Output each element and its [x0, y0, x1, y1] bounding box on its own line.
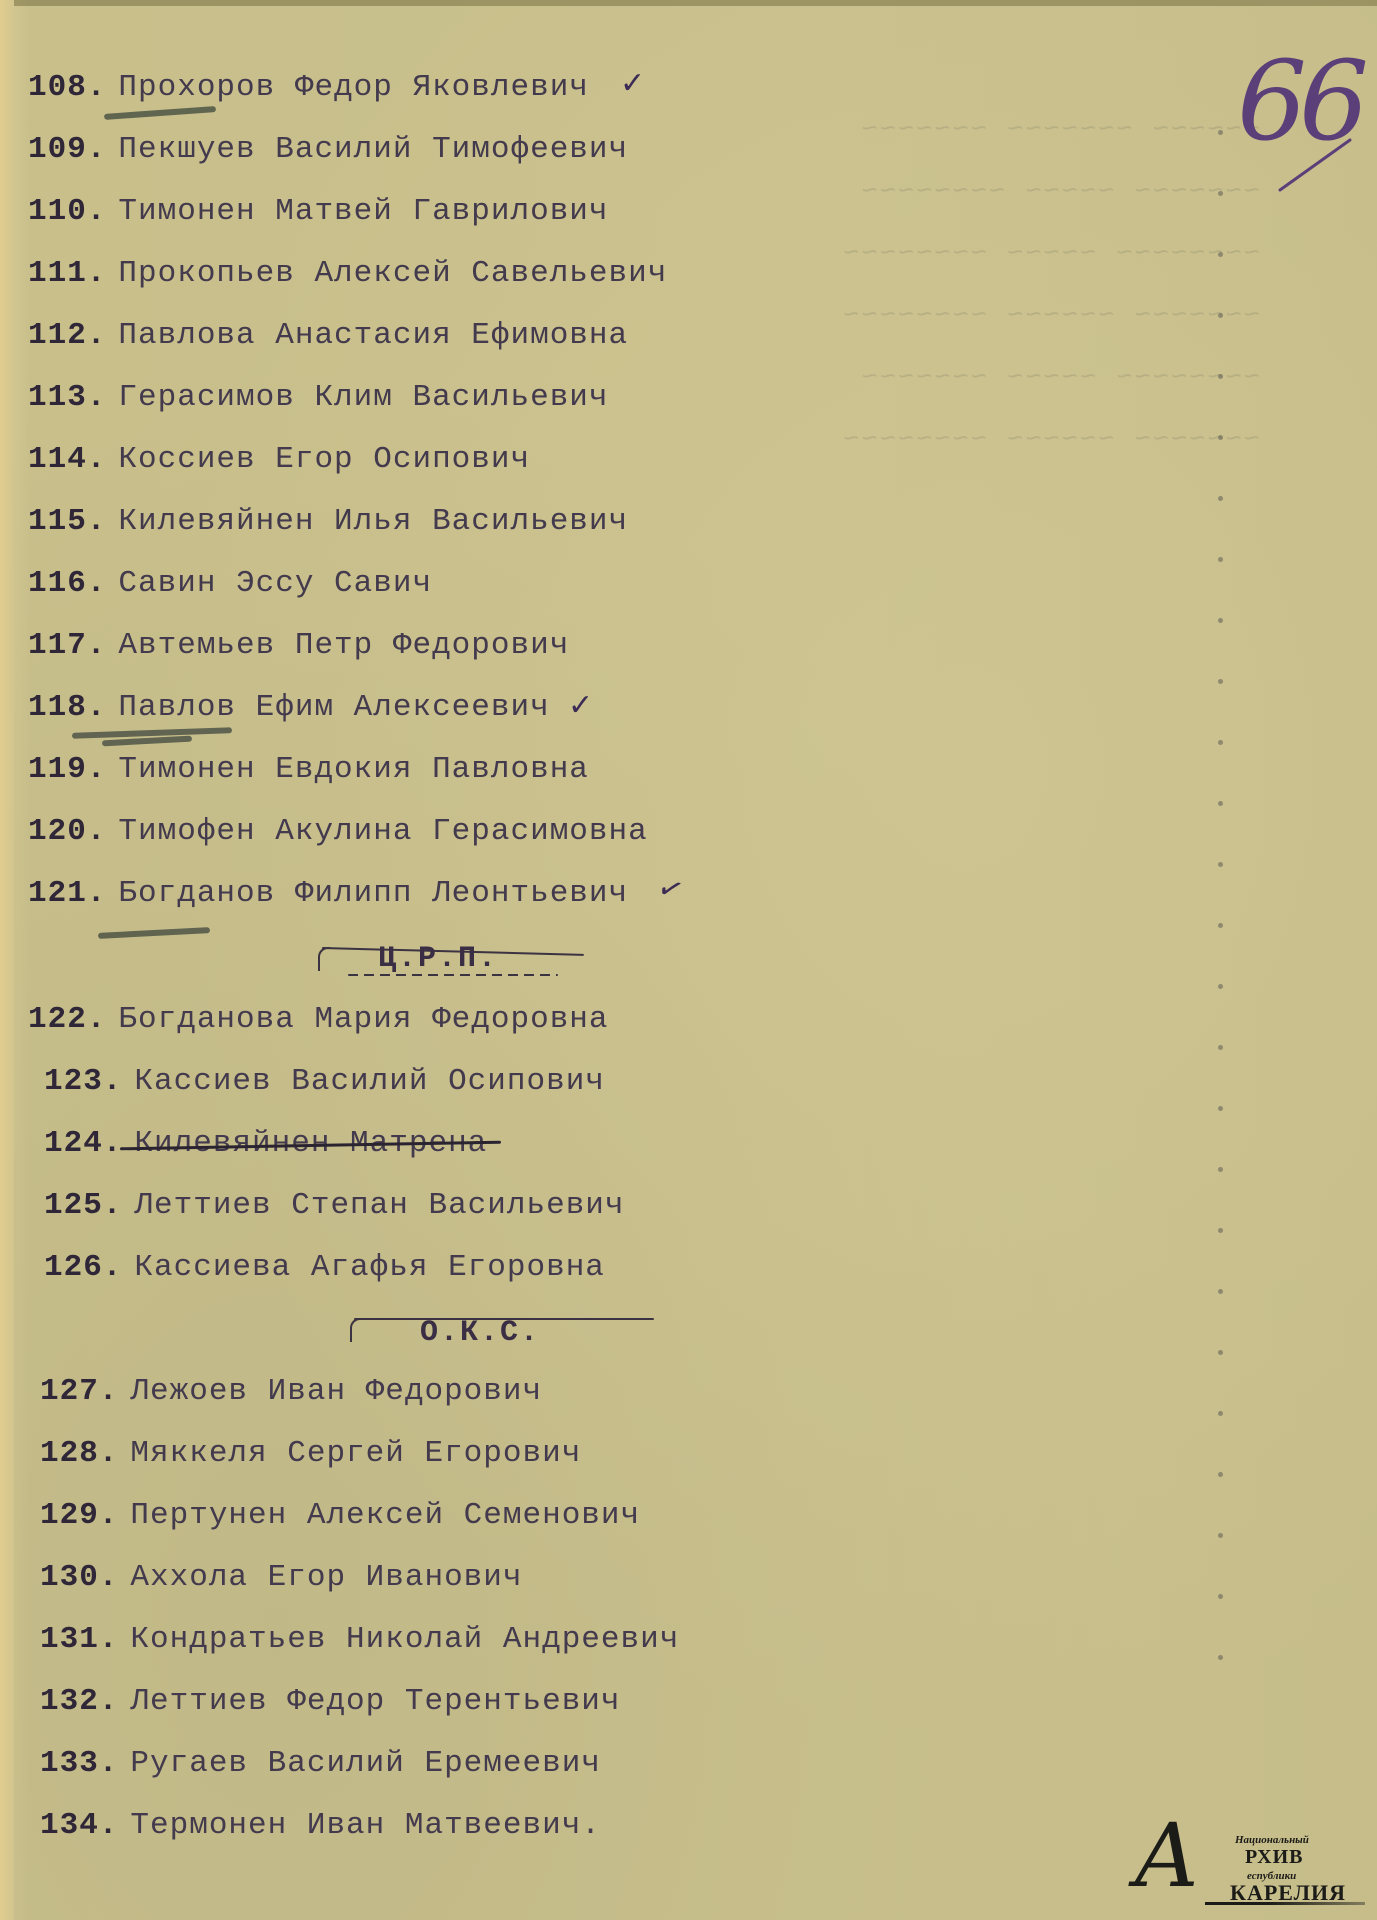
check-mark-icon: ✓ — [620, 66, 645, 101]
entry-name: Килевяйнен Матрена — [134, 1126, 487, 1161]
entry-number: 117. — [28, 628, 106, 663]
watermark-line1: Национальный — [1235, 1834, 1309, 1846]
list-item: 110.Тимонен Матвей Гаврилович — [28, 194, 609, 229]
reverse-side-dots — [1218, 130, 1228, 1716]
watermark-initial: A — [1135, 1812, 1199, 1900]
list-item: 129.Пертунен Алексей Семенович — [40, 1498, 640, 1533]
pencil-underline — [98, 927, 210, 939]
entry-number: 128. — [40, 1436, 118, 1471]
list-item: 117.Автемьев Петр Федорович — [28, 628, 569, 663]
list-item: 134.Термонен Иван Матвеевич. — [40, 1808, 601, 1843]
check-mark-icon: ✓ — [568, 688, 593, 723]
section-header-crp: Ц.Р.П. — [378, 942, 498, 976]
entry-number: 119. — [28, 752, 106, 787]
entry-name: Пертунен Алексей Семенович — [130, 1498, 640, 1533]
entry-number: 127. — [40, 1374, 118, 1409]
page-top-edge — [0, 0, 1377, 6]
list-item-struck-through: 124.Килевяйнен Матрена — [44, 1126, 487, 1161]
list-item: 113.Герасимов Клим Васильевич — [28, 380, 609, 415]
entry-name: Тимонен Евдокия Павловна — [118, 752, 588, 787]
list-item: 120.Тимофен Акулина Герасимовна — [28, 814, 648, 849]
entry-number: 131. — [40, 1622, 118, 1657]
entry-name: Леттиев Федор Терентьевич — [130, 1684, 620, 1719]
quill-icon — [1205, 1902, 1365, 1905]
entry-number: 115. — [28, 504, 106, 539]
entry-number: 125. — [44, 1188, 122, 1223]
entry-name: Пекшуев Василий Тимофеевич — [118, 132, 628, 167]
entry-number: 124. — [44, 1126, 122, 1161]
entry-name: Кассиев Василий Осипович — [134, 1064, 604, 1099]
entry-number: 133. — [40, 1746, 118, 1781]
entry-name: Лежоев Иван Федорович — [130, 1374, 542, 1409]
list-item: 108.Прохоров Федор Яковлевич — [28, 70, 589, 105]
entry-number: 130. — [40, 1560, 118, 1595]
section-underline — [348, 974, 558, 976]
entry-name: Тимофен Акулина Герасимовна — [118, 814, 647, 849]
entry-number: 114. — [28, 442, 106, 477]
entry-number: 116. — [28, 566, 106, 601]
entry-number: 122. — [28, 1002, 106, 1037]
entry-name: Мяккеля Сергей Егорович — [130, 1436, 581, 1471]
entry-number: 123. — [44, 1064, 122, 1099]
entry-name: Леттиев Степан Васильевич — [134, 1188, 624, 1223]
list-item: 130.Аххола Егор Иванович — [40, 1560, 522, 1595]
section-bracket-icon — [318, 947, 330, 971]
section-header-oks: О.К.С. — [420, 1316, 540, 1350]
list-item: 121.Богданов Филипп Леонтьевич — [28, 876, 628, 911]
list-item: 131.Кондратьев Николай Андреевич — [40, 1622, 679, 1657]
watermark-line2: РХИВ — [1245, 1846, 1304, 1869]
list-item: 125.Леттиев Степан Васильевич — [44, 1188, 625, 1223]
list-item: 114.Коссиев Егор Осипович — [28, 442, 530, 477]
entry-number: 111. — [28, 256, 106, 291]
entry-name: Прохоров Федор Яковлевич — [118, 70, 588, 105]
check-mark-icon: ✓ — [653, 869, 689, 910]
entry-name: Богданова Мария Федоровна — [118, 1002, 608, 1037]
entry-name: Аххола Егор Иванович — [130, 1560, 522, 1595]
entry-number: 118. — [28, 690, 106, 725]
entry-number: 134. — [40, 1808, 118, 1843]
archive-watermark-logo: A Национальный РХИВ еспублики КАРЕЛИЯ — [1135, 1820, 1375, 1915]
reverse-side-bleed-through: ~~~~~~ ~~~~~~~ ~~~~~~~ ~~~~~~~ ~~~~~ ~~~… — [740, 100, 1260, 472]
entry-name: Тимонен Матвей Гаврилович — [118, 194, 608, 229]
entry-name: Павлов Ефим Алексеевич — [118, 690, 549, 725]
page-number-slash-icon — [1225, 28, 1355, 198]
entry-name: Кондратьев Николай Андреевич — [130, 1622, 679, 1657]
entry-name: Ругаев Василий Еремеевич — [130, 1746, 600, 1781]
entry-name: Килевяйнен Илья Васильевич — [118, 504, 628, 539]
entry-name: Богданов Филипп Леонтьевич — [118, 876, 628, 911]
list-item: 128.Мяккеля Сергей Егорович — [40, 1436, 581, 1471]
page-left-edge — [0, 0, 14, 1920]
entry-number: 109. — [28, 132, 106, 167]
entry-name: Герасимов Клим Васильевич — [118, 380, 608, 415]
entry-name: Прокопьев Алексей Савельевич — [118, 256, 667, 291]
entry-name: Кассиева Агафья Егоровна — [134, 1250, 604, 1285]
pencil-underline — [104, 106, 216, 120]
list-item: 115.Килевяйнен Илья Васильевич — [28, 504, 628, 539]
entry-name: Автемьев Петр Федорович — [118, 628, 569, 663]
list-item: 112.Павлова Анастасия Ефимовна — [28, 318, 628, 353]
entry-name: Павлова Анастасия Ефимовна — [118, 318, 628, 353]
list-item: 122.Богданова Мария Федоровна — [28, 1002, 609, 1037]
list-item: 118.Павлов Ефим Алексеевич — [28, 690, 550, 725]
entry-number: 108. — [28, 70, 106, 105]
entry-number: 132. — [40, 1684, 118, 1719]
list-item: 111.Прокопьев Алексей Савельевич — [28, 256, 667, 291]
entry-name: Термонен Иван Матвеевич. — [130, 1808, 600, 1843]
list-item: 133.Ругаев Василий Еремеевич — [40, 1746, 601, 1781]
list-item: 109.Пекшуев Василий Тимофеевич — [28, 132, 628, 167]
list-item: 123.Кассиев Василий Осипович — [44, 1064, 605, 1099]
entry-number: 120. — [28, 814, 106, 849]
entry-name: Савин Эссу Савич — [118, 566, 432, 601]
entry-number: 121. — [28, 876, 106, 911]
list-item: 119.Тимонен Евдокия Павловна — [28, 752, 589, 787]
entry-number: 110. — [28, 194, 106, 229]
handwritten-page-number: 66 — [1225, 28, 1355, 198]
entry-number: 113. — [28, 380, 106, 415]
list-item: 126.Кассиева Агафья Егоровна — [44, 1250, 605, 1285]
list-item: 127.Лежоев Иван Федорович — [40, 1374, 542, 1409]
entry-number: 112. — [28, 318, 106, 353]
entry-number: 129. — [40, 1498, 118, 1533]
list-item: 132.Леттиев Федор Терентьевич — [40, 1684, 621, 1719]
entry-name: Коссиев Егор Осипович — [118, 442, 530, 477]
list-item: 116.Савин Эссу Савич — [28, 566, 432, 601]
scanned-document-page: ~~~~~~ ~~~~~~~ ~~~~~~~ ~~~~~~~ ~~~~~ ~~~… — [0, 0, 1377, 1920]
entry-number: 126. — [44, 1250, 122, 1285]
section-bracket-icon — [350, 1318, 362, 1342]
